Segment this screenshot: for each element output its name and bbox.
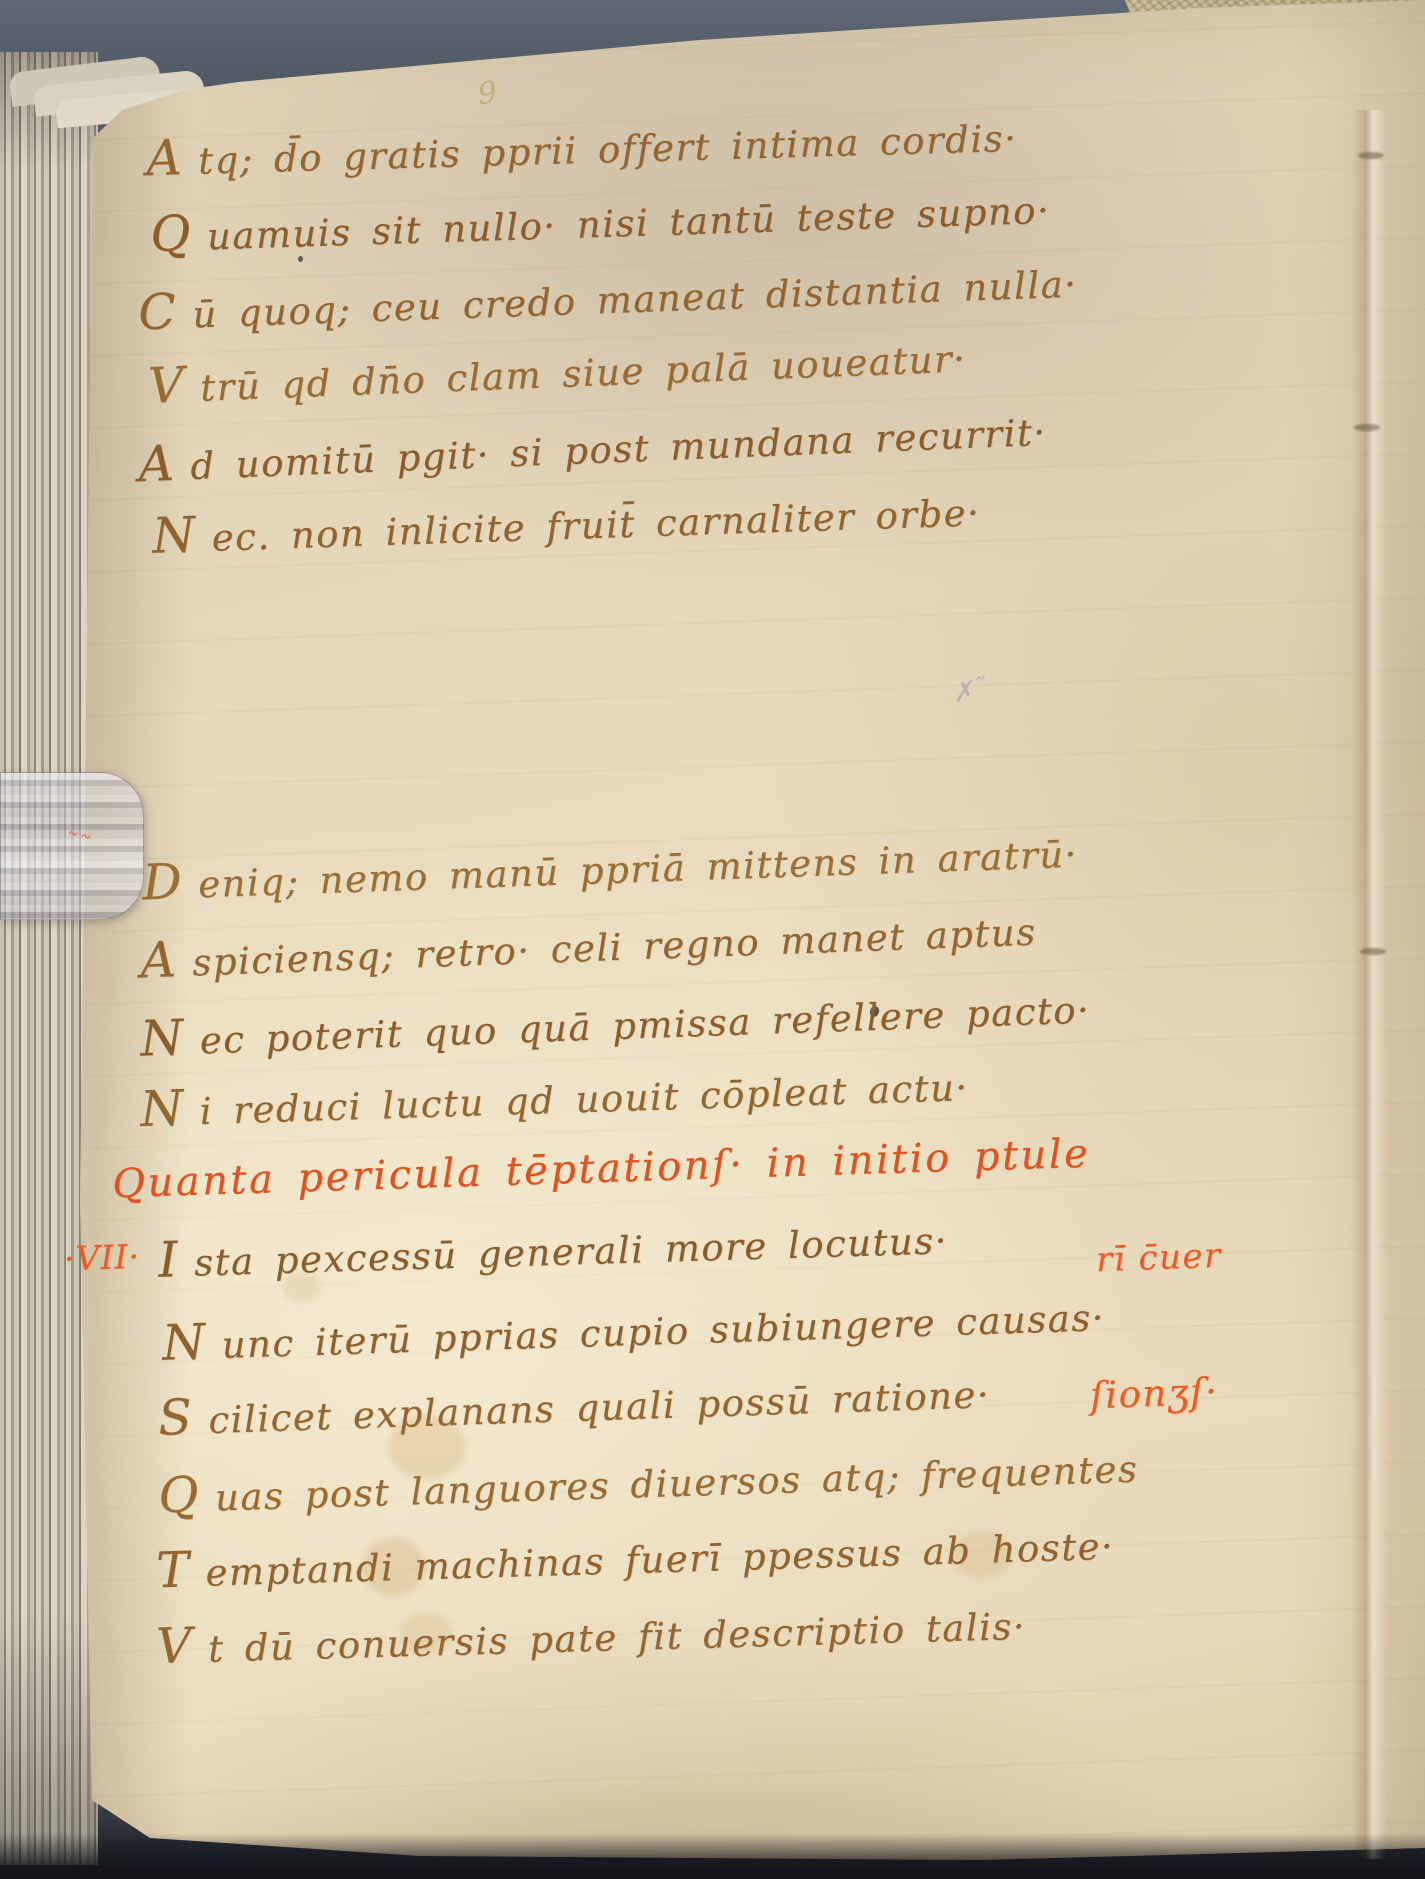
chapter-number: ·VII· [63,1237,140,1279]
photograph-frame: 9 ✗˜ Atq; d̄o gratis pprii offert intima… [0,0,1425,1879]
page-fold-line [1352,110,1386,1859]
verse-initial: A [145,129,183,187]
rubric-margin-continuation: rī c̄uer [1095,1236,1222,1280]
verse-initial: Q [149,205,192,263]
rubric-margin-continuation: ſionʒſ· [1089,1370,1219,1417]
verse-initial: D [141,853,184,911]
verse-initial: N [139,1009,185,1068]
verse-initial: I [157,1231,180,1289]
verse-initial: V [155,1617,193,1675]
verse-initial: N [139,1080,185,1138]
verse-initial: A [139,931,178,989]
verse-initial: Q [157,1466,200,1524]
page-edge-notch [1354,424,1380,431]
verse-initial: N [161,1313,207,1371]
verse-initial: V [147,356,186,414]
page-edge-notch [1360,948,1386,955]
verse-initial: A [137,435,176,493]
page-edge-notch [1358,152,1384,159]
verse-initial: C [137,283,178,341]
verse-initial: N [151,506,197,564]
verse-initial: S [157,1389,194,1447]
bottom-shadow [0,1833,1425,1879]
verse-initial: T [155,1541,191,1599]
